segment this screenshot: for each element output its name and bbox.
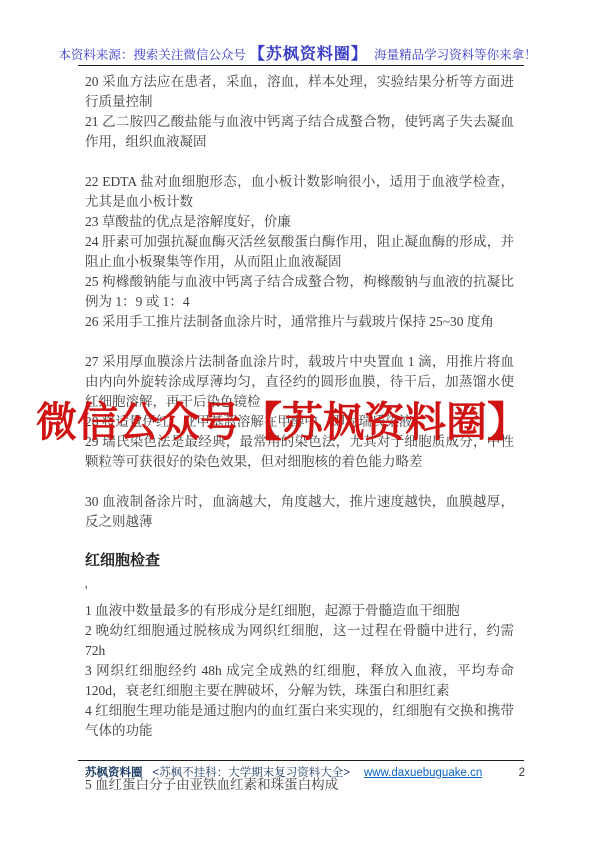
watermark-text: 微信公众号【苏枫资料圈】 — [36, 389, 528, 448]
list-item-23: 23 草酸盐的优点是溶解度好，价廉 — [85, 212, 514, 232]
list-item-20: 20 采血方法应在患者，采血，溶血，样本处理，实验结果分析等方面进行质量控制 — [85, 72, 514, 112]
header-note-suffix: 海量精品学习资料等你来拿！ — [374, 48, 537, 62]
list-item-21: 21 乙二胺四乙酸盐能与血液中钙离子结合成螯合物，使钙离子失去凝血作用，组织血液… — [85, 112, 514, 152]
list-item-25: 25 枸橼酸钠能与血液中钙离子结合成螯合物，枸橼酸钠与血液的抗凝比例为 1：9 … — [85, 272, 514, 312]
list-item-1: 1 血液中数量最多的有形成分是红细胞，起源于骨髓造血干细胞 — [85, 601, 514, 621]
header-note-prefix: 本资料来源：搜索关注微信公众号 — [58, 48, 246, 62]
section-heading-red-blood-cell-exam: 红细胞检查 — [85, 551, 514, 571]
footer-divider — [78, 760, 524, 761]
footer-tagline: <苏枫不挂科：大学期末复习资料大全> — [153, 764, 350, 780]
list-item-3: 3 网织红细胞经约 48h 成完全成熟的红细胞，释放入血液，平均寿命 120d，… — [85, 661, 514, 701]
page-number: 2 — [519, 767, 525, 779]
footer-brand: 苏枫资料圈 — [85, 764, 143, 780]
page-header: 本资料来源：搜索关注微信公众号【苏枫资料圈】 海量精品学习资料等你来拿！ — [0, 41, 595, 64]
document-page: 本资料来源：搜索关注微信公众号【苏枫资料圈】 海量精品学习资料等你来拿！ 20 … — [0, 0, 595, 841]
stray-mark: ' — [85, 581, 514, 601]
list-item-26: 26 采用手工推片法制备血涂片时，通常推片与载玻片保持 25~30 度角 — [85, 312, 514, 332]
list-item-4: 4 红细胞生理功能是通过胞内的血红蛋白来实现的，红细胞有交换和携带气体的功能 — [85, 701, 514, 741]
list-item-24: 24 肝素可加强抗凝血酶灭活丝氨酸蛋白酶作用，阻止凝血酶的形成，并阻止血小板聚集… — [85, 232, 514, 272]
footer-link[interactable]: www.daxuebuguake.cn — [364, 767, 482, 779]
header-brand: 【苏枫资料圈】 — [249, 46, 368, 63]
list-item-2: 2 晚幼红细胞通过脱核成为网织红细胞，这一过程在骨髓中进行，约需 72h — [85, 621, 514, 661]
header-divider — [78, 65, 524, 66]
page-footer: 苏枫资料圈 <苏枫不挂科：大学期末复习资料大全> www.daxuebuguak… — [85, 764, 525, 780]
list-item-30: 30 血液制备涂片时，血滴越大，角度越大，推片速度越快，血膜越厚，反之则越薄 — [85, 492, 514, 532]
list-item-22: 22 EDTA 盐对血细胞形态，血小板计数影响很小，适用于血液学检查，尤其是血小… — [85, 172, 514, 212]
